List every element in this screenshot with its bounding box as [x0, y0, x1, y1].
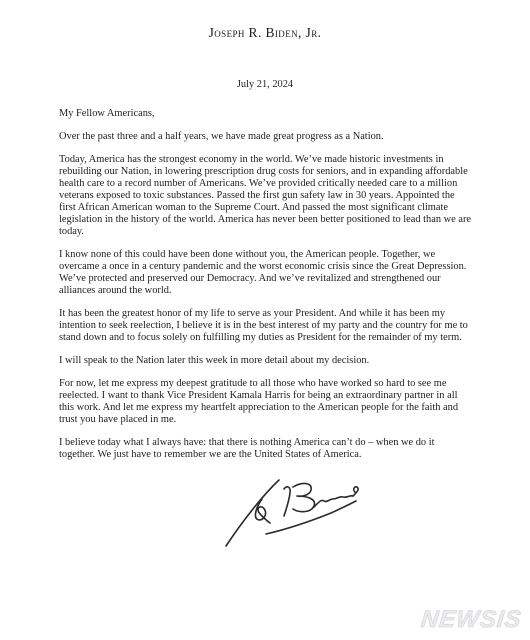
paragraph-people: I know none of this could have been done…: [59, 249, 473, 297]
letter-body: My Fellow Americans, Over the past three…: [59, 108, 473, 472]
paragraph-stand-down: It has been the greatest honor of my lif…: [59, 308, 473, 344]
newsis-watermark: NEWSIS: [420, 606, 524, 634]
letterhead-name: Joseph R. Biden, Jr.: [0, 25, 530, 41]
letter-page: Joseph R. Biden, Jr. July 21, 2024 My Fe…: [0, 0, 530, 640]
paragraph-progress: Over the past three and a half years, we…: [59, 131, 473, 143]
letter-date: July 21, 2024: [0, 79, 530, 90]
signature-image: [216, 476, 366, 551]
paragraph-speak-to-nation: I will speak to the Nation later this we…: [59, 355, 473, 367]
paragraph-economy: Today, America has the strongest economy…: [59, 154, 473, 238]
salutation: My Fellow Americans,: [59, 108, 473, 120]
paragraph-gratitude: For now, let me express my deepest grati…: [59, 378, 473, 426]
paragraph-closing: I believe today what I always have: that…: [59, 437, 473, 461]
